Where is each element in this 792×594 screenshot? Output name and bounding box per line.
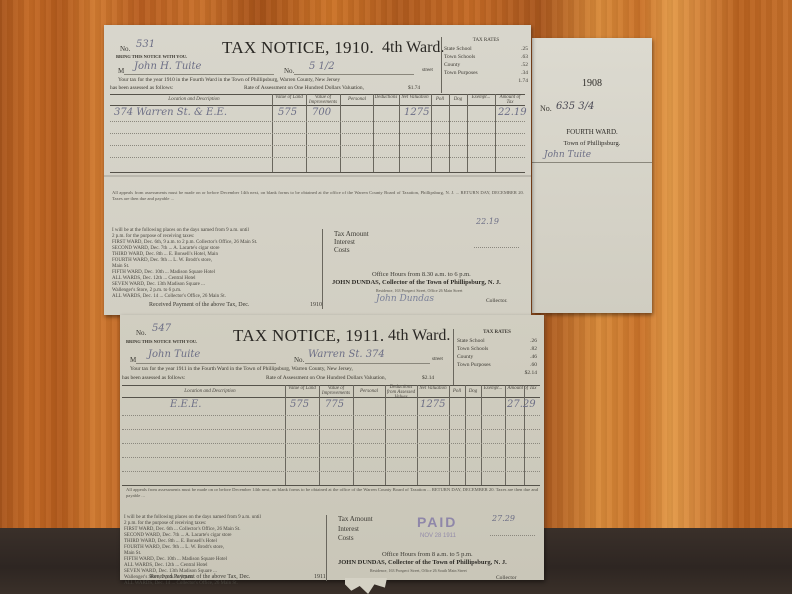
- table-row-line: [122, 471, 540, 472]
- row-net: 1275: [404, 107, 429, 118]
- paid-stamp: PAID: [417, 514, 457, 530]
- table-bottom-rule: [110, 172, 525, 173]
- col-personal: Personal: [342, 97, 372, 102]
- row-land: 575: [290, 399, 309, 410]
- bring-notice-label: BRING THIS NOTICE WITH YOU.: [126, 339, 197, 344]
- stub-fold-line: [532, 162, 652, 163]
- rate-value: $2.14: [422, 375, 434, 381]
- paid-stamp-date: NOV 28 1911: [420, 533, 456, 539]
- stub-no-label: No.: [540, 104, 552, 113]
- ward-label: 4th Ward.: [382, 39, 444, 57]
- table-row-line: [110, 121, 525, 122]
- name-underline: [136, 363, 276, 364]
- rate-line: Rate of Assessment on One Hundred Dollar…: [266, 375, 386, 381]
- notice-no-label: No.: [120, 45, 130, 53]
- rate-row: State School.26: [457, 337, 537, 345]
- notice-no-value: 547: [152, 323, 171, 334]
- rate-row: Town Purposes.60: [457, 361, 537, 369]
- stub-name: John Tuite: [544, 150, 591, 160]
- row-improvements: 700: [312, 107, 331, 118]
- street-label: street: [432, 357, 443, 362]
- rates-divider: [453, 329, 454, 385]
- ward-label: 4th Ward.: [388, 327, 450, 345]
- stub-town: Town of Phillipsburg.: [532, 140, 652, 147]
- table-row-line: [110, 133, 525, 134]
- col-exempt: Exempt...: [468, 95, 494, 100]
- rate-line: Rate of Assessment on One Hundred Dollar…: [244, 85, 364, 91]
- bring-notice-label: BRING THIS NOTICE WITH YOU.: [116, 54, 187, 59]
- tax-stub-1908: 1908 No. 635 3/4 FOURTH WARD. Town of Ph…: [532, 38, 652, 313]
- name-underline: [124, 74, 274, 75]
- col-divider: [417, 385, 418, 485]
- rate-row: Town Schools.63: [444, 53, 528, 61]
- table-row-line: [122, 443, 540, 444]
- amount-line: [474, 247, 519, 248]
- notice-body-line1: Your tax for the year 1911 in the Fourth…: [130, 366, 353, 372]
- col-net-valuation: Net Valuation: [418, 386, 448, 391]
- stub-no-value: 635 3/4: [556, 101, 594, 112]
- col-divider: [285, 385, 286, 485]
- col-dog: Dog: [450, 97, 466, 102]
- costs-label: Costs: [338, 534, 354, 542]
- col-divider: [505, 385, 506, 485]
- taxpayer-name: John Tuite: [148, 349, 200, 360]
- rates-divider: [441, 37, 442, 93]
- col-location: Location and Description: [134, 97, 254, 102]
- amount-line: [490, 535, 535, 536]
- table-bottom-rule: [122, 485, 540, 486]
- col-improvements: Value of Improvements: [307, 95, 339, 105]
- notice-no-value: 531: [136, 39, 155, 50]
- collector-signature: John Dundas: [376, 294, 434, 304]
- street-underline: [294, 74, 414, 75]
- appeals-paragraph: All appeals from assessments must be mad…: [112, 190, 524, 224]
- rate-row: Town Schools.82: [457, 345, 537, 353]
- col-location: Location and Description: [150, 389, 270, 394]
- notice-body-line2: has been assessed as follows:: [110, 85, 173, 91]
- col-divider: [385, 385, 386, 485]
- receipt-year: 1910: [310, 302, 322, 308]
- collector-title: Collector: [496, 575, 516, 581]
- paid-amount: 27.29: [492, 514, 515, 523]
- notice-no-label: No.: [136, 329, 146, 337]
- col-poll: Poll: [432, 97, 448, 102]
- fold-crease: [104, 175, 531, 177]
- appeals-paragraph: All appeals from assessments must be mad…: [126, 487, 538, 515]
- col-poll: Poll: [450, 389, 464, 394]
- collector-address: Residence, 163 Prospect Street, Office 2…: [370, 568, 467, 573]
- interest-label: Interest: [334, 238, 355, 246]
- col-deductions: Deductions: [374, 95, 398, 100]
- tax-notice-1911: No. 547 BRING THIS NOTICE WITH YOU. TAX …: [120, 315, 544, 580]
- collection-schedule: I will be at the following places on the…: [112, 228, 302, 300]
- col-land: Value of Land: [286, 386, 318, 391]
- rate-total: $2.14: [457, 369, 537, 377]
- row-amount: 27.29: [507, 399, 536, 410]
- receipt-divider: [322, 229, 323, 309]
- col-amount: Amount of Tax: [496, 95, 524, 105]
- notice-title: TAX NOTICE, 1911.: [233, 326, 384, 346]
- row-land: 575: [278, 107, 297, 118]
- row-location: 374 Warren St. & E.E.: [114, 107, 227, 118]
- col-divider: [353, 385, 354, 485]
- rate-row: County.46: [457, 353, 537, 361]
- table-row-line: [122, 429, 540, 430]
- rate-row: County.52: [444, 61, 528, 69]
- notice-body-line2: has been assessed as follows:: [122, 375, 185, 381]
- stub-year: 1908: [532, 78, 652, 89]
- tax-rates-heading: TAX RATES: [457, 329, 537, 337]
- street-no-label: No.: [284, 67, 294, 75]
- collector-name: JOHN DUNDAS, Collector of the Town of Ph…: [338, 559, 507, 566]
- collector-address: Residence, 163 Prospect Street, Office 2…: [376, 288, 462, 293]
- col-land: Value of Land: [274, 95, 304, 100]
- receipt-line: Received Payment of the above Tax, Dec.: [149, 302, 249, 308]
- table-row-line: [122, 457, 540, 458]
- tax-rates-heading: TAX RATES: [444, 37, 528, 45]
- table-row-line: [122, 415, 540, 416]
- col-personal: Personal: [354, 389, 384, 394]
- col-dog: Dog: [466, 389, 480, 394]
- street-no-label: No.: [294, 356, 304, 364]
- table-header-rule: [110, 105, 525, 106]
- paid-amount: 22.19: [476, 217, 499, 226]
- receipt-year: 1911: [314, 574, 326, 580]
- col-improvements: Value of Improvements: [320, 386, 352, 396]
- office-hours: Office Hours from 8.30 a.m. to 6 p.m.: [372, 271, 471, 278]
- tax-amount-label: Tax Amount: [338, 515, 373, 523]
- col-exempt: Exempt...: [482, 386, 504, 391]
- stub-ward: FOURTH WARD.: [532, 128, 652, 136]
- col-net-valuation: Net Valuation: [400, 95, 430, 100]
- tax-amount-label: Tax Amount: [334, 230, 369, 238]
- tax-notice-1910: No. 531 BRING THIS NOTICE WITH YOU. TAX …: [104, 25, 531, 315]
- office-hours: Office Hours from 8 a.m. to 5 p.m.: [382, 551, 473, 558]
- table-row-line: [110, 145, 525, 146]
- interest-label: Interest: [338, 525, 359, 533]
- collector-name: JOHN DUNDAS, Collector of the Town of Ph…: [332, 279, 501, 286]
- notice-title: TAX NOTICE, 1910.: [222, 38, 374, 58]
- col-divider: [319, 385, 320, 485]
- col-divider: [465, 385, 466, 485]
- rate-row: Town Purposes.34: [444, 69, 528, 77]
- rate-value: $1.74: [408, 85, 420, 91]
- costs-label: Costs: [334, 246, 350, 254]
- receipt-divider: [326, 515, 327, 581]
- row-amount: 22.19: [498, 107, 527, 118]
- tax-rates-box: TAX RATES State School.26 Town Schools.8…: [457, 329, 537, 377]
- table-header-rule: [122, 397, 540, 398]
- collector-title: Collector.: [486, 298, 508, 304]
- col-divider: [449, 385, 450, 485]
- row-improvements: 775: [325, 399, 344, 410]
- col-amount: Amount of Tax: [506, 386, 538, 391]
- street-label: street: [422, 68, 433, 73]
- street-no-value: 5 1/2: [309, 61, 335, 72]
- street-no-value: Warren St. 374: [308, 349, 385, 360]
- street-underline: [305, 363, 430, 364]
- rate-row: State School.25: [444, 45, 528, 53]
- table-row-line: [110, 157, 525, 158]
- row-net: 1275: [420, 399, 445, 410]
- receipt-line: Received Payment of the above Tax, Dec.: [150, 574, 250, 580]
- col-deductions: Deductions from Assessed Values: [386, 385, 416, 400]
- rate-total: 1.74: [444, 77, 528, 85]
- row-location: E.E.E.: [170, 399, 201, 410]
- taxpayer-name: John H. Tuite: [134, 61, 201, 72]
- notice-body-line1: Your tax for the year 1910 in the Fourth…: [118, 77, 340, 83]
- tax-rates-box: TAX RATES State School.25 Town Schools.6…: [444, 37, 528, 85]
- col-divider: [481, 385, 482, 485]
